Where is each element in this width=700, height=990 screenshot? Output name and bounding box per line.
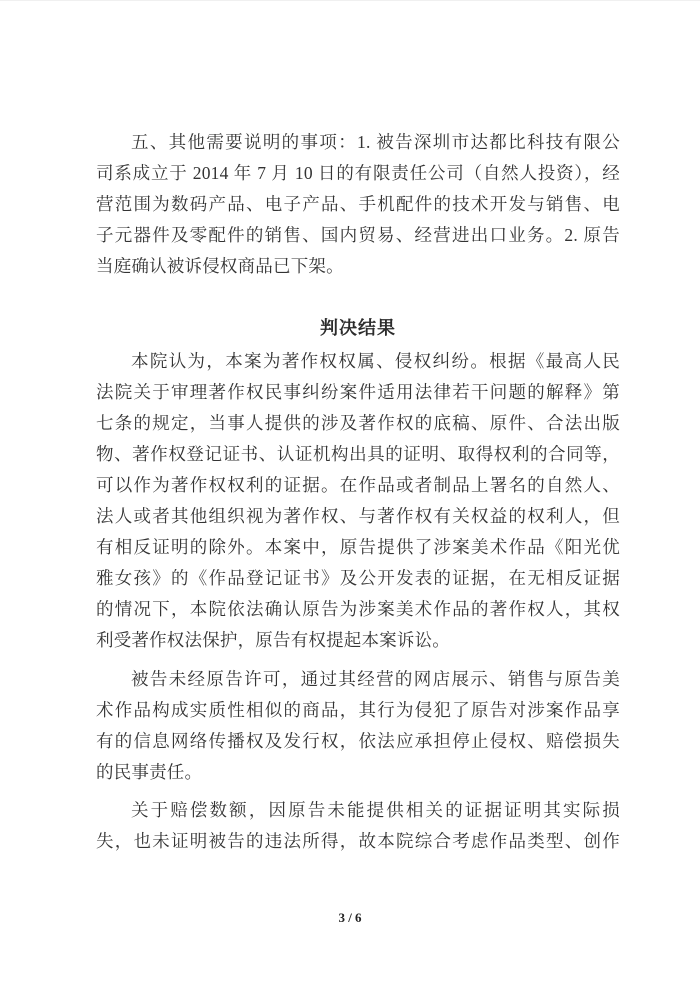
paragraph-infringement-finding: 被告未经原告许可，通过其经营的网店展示、销售与原告美 术作品构成实质性相似的商品…: [96, 664, 620, 788]
text-line: 当庭确认被诉侵权商品已下架。: [96, 251, 620, 282]
text-line: 有的信息网络传播权及发行权，依法应承担停止侵权、赔偿损失: [96, 726, 620, 757]
text-line: 子元器件及零配件的销售、国内贸易、经营进出口业务。2. 原告: [96, 220, 620, 251]
text-line: 术作品构成实质性相似的商品，其行为侵犯了原告对涉案作品享: [96, 695, 620, 726]
section-heading-judgment-result: 判决结果: [96, 313, 620, 344]
text-line: 失，也未证明被告的违法所得，故本院综合考虑作品类型、创作: [96, 826, 620, 857]
text-line: 司系成立于 2014 年 7 月 10 日的有限责任公司（自然人投资），经: [96, 158, 620, 189]
text-line: 营范围为数码产品、电子产品、手机配件的技术开发与销售、电: [96, 189, 620, 220]
text-line: 本院认为，本案为著作权权属、侵权纠纷。根据《最高人民: [96, 346, 620, 377]
text-line: 的情况下，本院依法确认原告为涉案美术作品的著作权人，其权: [96, 594, 620, 625]
text-line: 的民事责任。: [96, 757, 620, 788]
paragraph-damages: 关于赔偿数额，因原告未能提供相关的证据证明其实际损 失，也未证明被告的违法所得，…: [96, 795, 620, 857]
paragraph-other-matters: 五、其他需要说明的事项：1. 被告深圳市达都比科技有限公 司系成立于 2014 …: [96, 127, 620, 282]
text-line: 五、其他需要说明的事项：1. 被告深圳市达都比科技有限公: [96, 127, 620, 158]
text-line: 可以作为著作权权利的证据。在作品或者制品上署名的自然人、: [96, 470, 620, 501]
text-line: 七条的规定，当事人提供的涉及著作权的底稿、原件、合法出版: [96, 408, 620, 439]
text-line: 利受著作权法保护，原告有权提起本案诉讼。: [96, 625, 620, 656]
document-body: 五、其他需要说明的事项：1. 被告深圳市达都比科技有限公 司系成立于 2014 …: [96, 127, 620, 857]
text-line: 法院关于审理著作权民事纠纷案件适用法律若干问题的解释》第: [96, 377, 620, 408]
document-page: 五、其他需要说明的事项：1. 被告深圳市达都比科技有限公 司系成立于 2014 …: [0, 0, 700, 990]
text-line: 法人或者其他组织视为著作权、与著作权有关权益的权利人，但: [96, 501, 620, 532]
text-line: 被告未经原告许可，通过其经营的网店展示、销售与原告美: [96, 664, 620, 695]
page-number: 3 / 6: [0, 909, 700, 927]
text-line: 关于赔偿数额，因原告未能提供相关的证据证明其实际损: [96, 795, 620, 826]
text-line: 雅女孩》的《作品登记证书》及公开发表的证据，在无相反证据: [96, 563, 620, 594]
text-line: 有相反证明的除外。本案中，原告提供了涉案美术作品《阳光优: [96, 532, 620, 563]
paragraph-court-opinion: 本院认为，本案为著作权权属、侵权纠纷。根据《最高人民 法院关于审理著作权民事纠纷…: [96, 346, 620, 656]
text-line: 物、著作权登记证书、认证机构出具的证明、取得权利的合同等，: [96, 439, 620, 470]
judgment-document-page: { "document": { "para_other_matters": { …: [0, 0, 700, 990]
